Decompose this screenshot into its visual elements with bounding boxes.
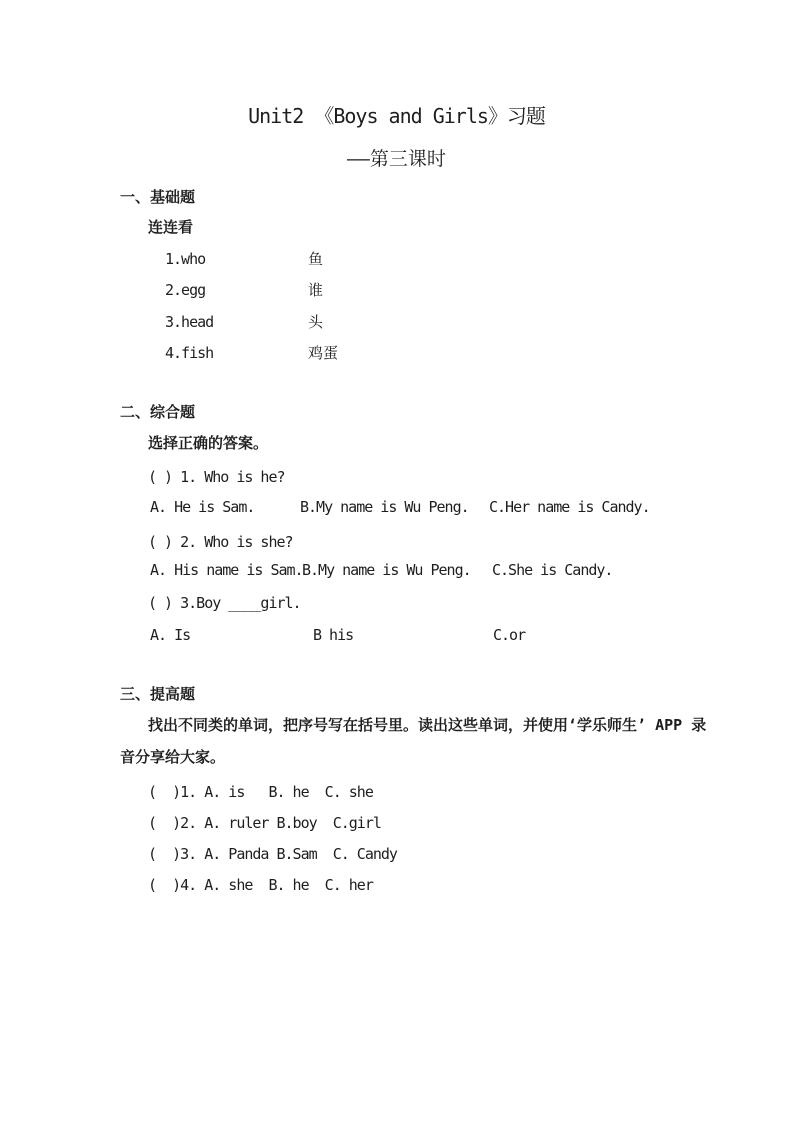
section-heading-advanced: 三、提高题 bbox=[120, 684, 195, 704]
matching-subheading: 连连看 bbox=[148, 217, 193, 237]
page-subtitle: ——第三课时 bbox=[0, 147, 793, 171]
option-c: C.or bbox=[493, 625, 525, 645]
match-word-en: 3.head bbox=[165, 312, 213, 332]
options-row: A. He is Sam. B.My name is Wu Peng. C.He… bbox=[0, 497, 793, 517]
option-a: A. His name is Sam. bbox=[150, 560, 303, 580]
classify-item: ( )1. A. is B. he C. she bbox=[148, 782, 373, 802]
section-heading-comprehensive: 二、综合题 bbox=[120, 402, 195, 422]
classify-item: ( )2. A. ruler B.boy C.girl bbox=[148, 813, 381, 833]
question-prompt: ( ) 2. Who is she? bbox=[148, 532, 293, 552]
question-prompt: ( ) 3.Boy ____girl. bbox=[148, 593, 301, 613]
option-b: B.My name is Wu Peng. bbox=[302, 560, 471, 580]
option-c: C.Her name is Candy. bbox=[489, 497, 650, 517]
options-row: A. His name is Sam. B.My name is Wu Peng… bbox=[0, 560, 793, 580]
match-word-cn: 头 bbox=[308, 312, 323, 332]
section-heading-basic: 一、基础题 bbox=[120, 187, 195, 207]
choose-instruction: 选择正确的答案。 bbox=[148, 433, 268, 453]
option-b: B his bbox=[313, 625, 353, 645]
match-word-cn: 鱼 bbox=[308, 249, 323, 269]
classify-item: ( )4. A. she B. he C. her bbox=[148, 875, 373, 895]
worksheet-page: Unit2 《Boys and Girls》习题 ——第三课时 一、基础题 连连… bbox=[0, 0, 793, 1122]
advanced-instruction-line1: 找出不同类的单词，把序号写在括号里。读出这些单词，并使用‘学乐师生’ APP 录 bbox=[148, 715, 706, 735]
match-word-en: 2.egg bbox=[165, 280, 205, 300]
classify-item: ( )3. A. Panda B.Sam C. Candy bbox=[148, 844, 397, 864]
page-title: Unit2 《Boys and Girls》习题 bbox=[0, 103, 793, 129]
match-word-cn: 谁 bbox=[308, 280, 323, 300]
option-b: B.My name is Wu Peng. bbox=[300, 497, 469, 517]
advanced-instruction-line2: 音分享给大家。 bbox=[120, 747, 225, 767]
match-word-en: 4.fish bbox=[165, 343, 213, 363]
option-a: A. Is bbox=[150, 625, 190, 645]
match-word-cn: 鸡蛋 bbox=[308, 343, 338, 363]
option-c: C.She is Candy. bbox=[492, 560, 612, 580]
match-word-en: 1.who bbox=[165, 249, 205, 269]
question-prompt: ( ) 1. Who is he? bbox=[148, 467, 285, 487]
option-a: A. He is Sam. bbox=[150, 497, 254, 517]
options-row: A. Is B his C.or bbox=[0, 625, 793, 645]
